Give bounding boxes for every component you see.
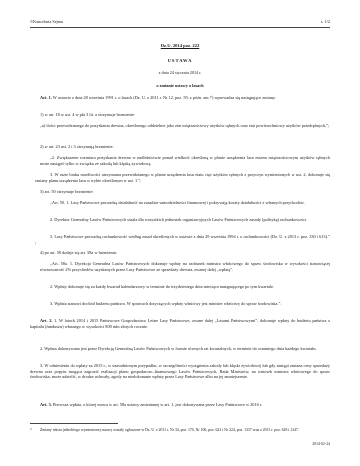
article-3: Art. 3. Pierwsza wpłata, o której mowa w…	[30, 402, 330, 408]
footnote-text: Zmiany tekstu jednolitego wymienionej us…	[40, 428, 330, 433]
point-3: 3) art. 50 otrzymuje brzmienie:	[40, 189, 330, 195]
point-3-ust3: 3. Lasy Państwowe prowadzą rachunkowość …	[35, 234, 330, 245]
point-1a: „a) ilości przewidzianego do pozyskania …	[40, 123, 330, 129]
article-label: Art. 3.	[40, 402, 52, 407]
footnote-separator	[30, 423, 118, 424]
point-2-ust3: 3. W razie braku możliwości utrzymania p…	[35, 172, 330, 183]
article-text: 1. W latach 2014 i 2015 Państwowe Gospod…	[30, 318, 330, 329]
document-date: z dnia 24 stycznia 2014 r.	[30, 70, 330, 75]
article-1: Art. 1. W ustawie z dnia 28 września 199…	[30, 95, 330, 101]
point-4: 4) po art. 58 dodaje się art. 58a w brzm…	[40, 250, 330, 256]
document-subject: o zmianie ustawy o lasach	[30, 83, 330, 88]
document-type: USTAWA	[30, 58, 330, 63]
publisher: ©Kancelaria Sejmu	[30, 19, 63, 24]
page-header: ©Kancelaria Sejmu s. 1/2	[30, 19, 330, 28]
point-1: 1) w art. 18 w ust. 4 w pkt 3 lit. a otr…	[40, 112, 330, 118]
point-2: 2) w art. 23 ust. 2 i 3 otrzymują brzmie…	[40, 144, 330, 150]
article-text: W ustawie z dnia 28 września 1991 r. o l…	[52, 95, 276, 100]
point-2-ust2: „2. Zwiększenie rozmiaru pozyskania drew…	[40, 155, 330, 166]
article-label: Art. 1.	[40, 95, 52, 100]
point-4-ust1: „Art. 58a. 1. Dyrekcja Generalna Lasów P…	[40, 261, 330, 272]
footnote-marker: ¹⁾	[30, 428, 40, 433]
page-number: s. 1/2	[321, 19, 330, 24]
point-4-ust2: 2. Wpłaty dokonuje się za każdy kwartał …	[40, 284, 330, 290]
article-2-ust2: 2. Wpłata dokonywana jest przez Dyrekcję…	[30, 346, 330, 352]
footer-date: 2014-02-24	[270, 442, 330, 447]
article-2-ust3: 3. W odniesieniu do wpłaty za 2015 r., w…	[30, 363, 330, 380]
article-2: Art. 2. 1. W latach 2014 i 2015 Państwow…	[30, 318, 330, 329]
article-label: Art. 2.	[40, 318, 52, 323]
journal-reference: Dz.U. 2014 poz. 222	[30, 43, 330, 48]
article-text: Pierwsza wpłata, o której mowa w art. 58…	[52, 402, 262, 407]
point-4-ust3: 3. Wpłata stanowi dochód budżetu państwa…	[40, 301, 330, 307]
point-3-ust1: „Art. 50. 1. Lasy Państwowe prowadzą dzi…	[40, 200, 330, 206]
point-3-ust2: 2. Dyrektor Generalny Lasów Państwowych …	[40, 217, 330, 223]
